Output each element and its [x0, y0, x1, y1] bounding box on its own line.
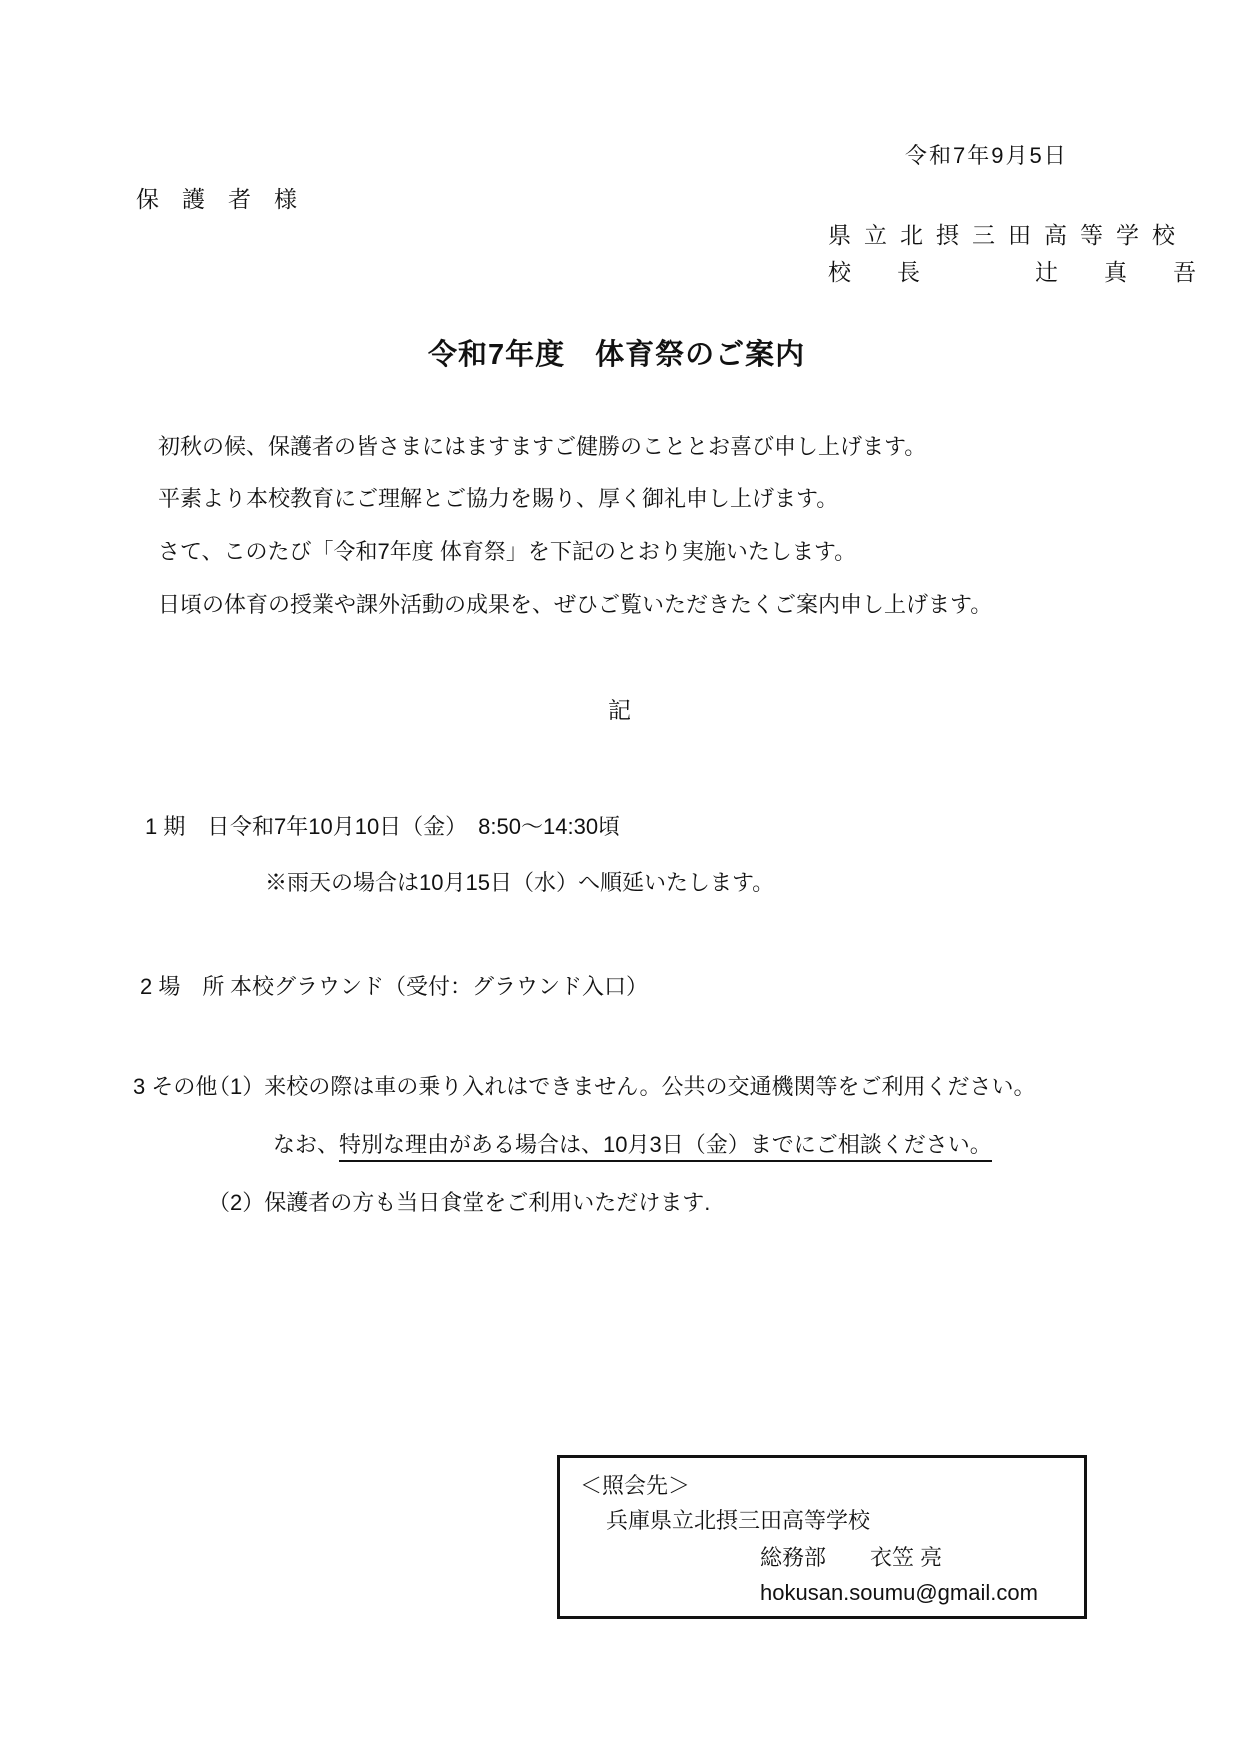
issue-date: 令和7年9月5日: [905, 141, 1068, 171]
greeting-paragraph-2: 平素より本校教育にご理解とご協力を賜り、厚く御礼申し上げます。: [158, 484, 838, 514]
item-2-content: 本校グラウンド（受付：グラウンド入口）: [230, 972, 648, 1002]
sender-school-name: 県立北摂三田高等学校: [828, 220, 1188, 251]
greeting-paragraph-1: 初秋の候、保護者の皆さまにはますますご健勝のこととお喜び申し上げます。: [158, 432, 926, 462]
contact-school-name: 兵庫県立北摂三田高等学校: [606, 1506, 870, 1536]
item-3-note-prefix: なお、: [273, 1132, 339, 1157]
contact-box: ＜照会先＞ 兵庫県立北摂三田高等学校 総務部 衣笠 亮 hokusan.soum…: [557, 1455, 1087, 1619]
item-3-note-underlined: 特別な理由がある場合は、10月3日（金）までにご相談ください。: [339, 1132, 992, 1162]
item-1-content: 令和7年10月10日（金） 8:50～14:30頃: [230, 812, 620, 842]
document-title: 令和7年度 体育祭のご案内: [428, 336, 805, 375]
item-3-content-1: （1）来校の際は車の乗り入れはできません。公共の交通機関等をご利用ください。: [208, 1072, 1036, 1102]
item-1-label: 1 期 日: [145, 812, 229, 842]
greeting-paragraph-3: さて、このたび「令和7年度 体育祭」を下記のとおり実施いたします。: [158, 537, 856, 567]
item-2-label: 2 場 所: [140, 972, 224, 1002]
letter-page: 令和7年9月5日 保 護 者 様 県立北摂三田高等学校 校 長 辻 真 吾 令和…: [0, 0, 1241, 1755]
item-1-rain-note: ※雨天の場合は10月15日（水）へ順延いたします。: [265, 868, 774, 898]
recipient-line: 保 護 者 様: [136, 184, 297, 215]
contact-department-person: 総務部 衣笠 亮: [760, 1543, 942, 1573]
contact-box-header: ＜照会先＞: [580, 1471, 690, 1501]
item-3-note-line: なお、特別な理由がある場合は、10月3日（金）までにご相談ください。: [273, 1130, 992, 1160]
contact-email: hokusan.soumu@gmail.com: [760, 1578, 1038, 1608]
ki-marker: 記: [608, 695, 631, 726]
item-3-label: 3 その他: [133, 1072, 217, 1102]
sender-principal-name: 校 長 辻 真 吾: [828, 257, 1196, 288]
greeting-paragraph-4: 日頃の体育の授業や課外活動の成果を、ぜひご覧いただきたくご案内申し上げます。: [158, 590, 992, 620]
item-3-content-2: （2）保護者の方も当日食堂をご利用いただけます.: [208, 1188, 710, 1218]
